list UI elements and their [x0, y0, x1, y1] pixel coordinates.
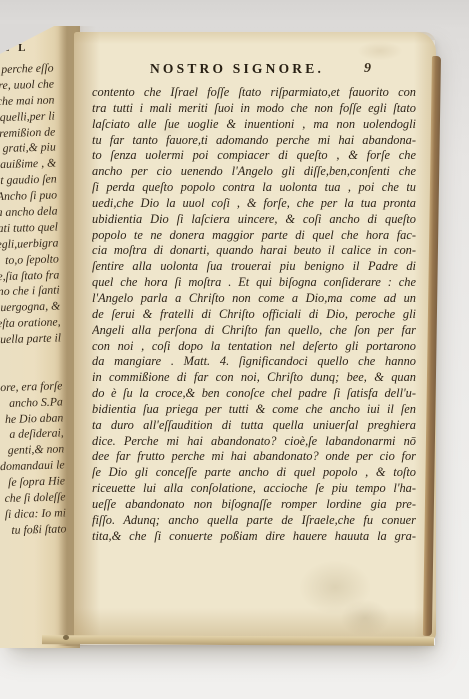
body-text-line: tu far tanto fauore,ti adomando perche m… [92, 133, 416, 149]
body-text-line: con noi , coſi dopo la tentation nel deſ… [92, 339, 416, 355]
body-text-line: tra tutti i mali meriti ſuoi in modo che… [92, 101, 416, 117]
bottom-page-edges [42, 635, 434, 646]
book-photograph: E L ſi fa perche eſſopadre, uuol che& ch… [0, 0, 469, 699]
body-text-line: dee far frutto perche mi hai abandonato?… [92, 449, 416, 465]
body-text-line: laſciato alle ſue uoglie & inuentioni , … [92, 117, 416, 133]
body-text-line: in commißione di far con noi, Chriſto du… [92, 370, 416, 386]
body-text-line: bidientia ſua priega per tutti & come ch… [92, 402, 416, 418]
body-text-line: quel che hora ſi moſtra . Et qui biſogna… [92, 275, 416, 291]
text-fragment-line: tu foßi ſtato [0, 521, 67, 540]
body-text-line: cia moſtra di donarti, quando harai beut… [92, 243, 416, 259]
body-text-line: ſe Dio gli conceſſe parte ancho di quel … [92, 465, 416, 481]
body-text-line: ta duro all'eſſaudition di tutta quella … [92, 418, 416, 434]
body-text: contento che Iſrael foſſe ſtato riſparmi… [92, 85, 416, 544]
body-text-line: riceuette lui alla conſolatione, accioch… [92, 481, 416, 497]
left-page-text-fragments: ſi fa perche eſſopadre, uuol che& che ma… [0, 61, 67, 541]
page-shading-top [74, 32, 436, 44]
running-header-row: NOSTRO SIGNORE. 9 [92, 60, 418, 78]
body-text-line: do è ſu la croce,& ben conoſce chel padr… [92, 386, 416, 402]
body-text-line: uedi,che Dio la uuol coſi , & forſe, che… [92, 196, 416, 212]
body-text-line: to ſenza uolermi poi compiacer di queſto… [92, 148, 416, 164]
body-text-line: da mangiare . Matt. 4. ſignificandoci qu… [92, 354, 416, 370]
body-text-line: Angeli alla perſona di Chriſto fan quell… [92, 323, 416, 339]
body-text-line: popolo te ne donera maggior parte di que… [92, 228, 416, 244]
body-text-line: ubidientia Dio ſi laſciera uincere, & co… [92, 212, 416, 228]
page-number: 9 [364, 60, 371, 78]
body-text-line: ancho per cio uenendo l'Angelo gli diſſe… [92, 164, 416, 180]
body-text-line: contento che Iſrael foſſe ſtato riſparmi… [92, 85, 416, 101]
running-header: NOSTRO SIGNORE. [122, 60, 352, 78]
body-text-line: fiſſo. Adunq; ancho quella parte de Iſra… [92, 513, 416, 529]
body-text-line: ueſſe abandonato non biſognaſſe romper l… [92, 497, 416, 513]
right-page: NOSTRO SIGNORE. 9 contento che Iſrael fo… [74, 32, 436, 642]
body-text-line: tita,& che ſi conuerte poßiam dire hauer… [92, 529, 416, 545]
body-text-line: l'Angelo parla a Chriſto non come a Dio,… [92, 291, 416, 307]
body-text-line: ſentire alla uolonta ſua trouerai piu be… [92, 259, 416, 275]
body-text-line: ſi perda queſto popolo contra la uolonta… [92, 180, 416, 196]
body-text-line: dice. Perche mi hai abandonato? cioè,ſe … [92, 434, 416, 450]
body-text-line: de ſerui & fratelli di Chriſto officiali… [92, 307, 416, 323]
